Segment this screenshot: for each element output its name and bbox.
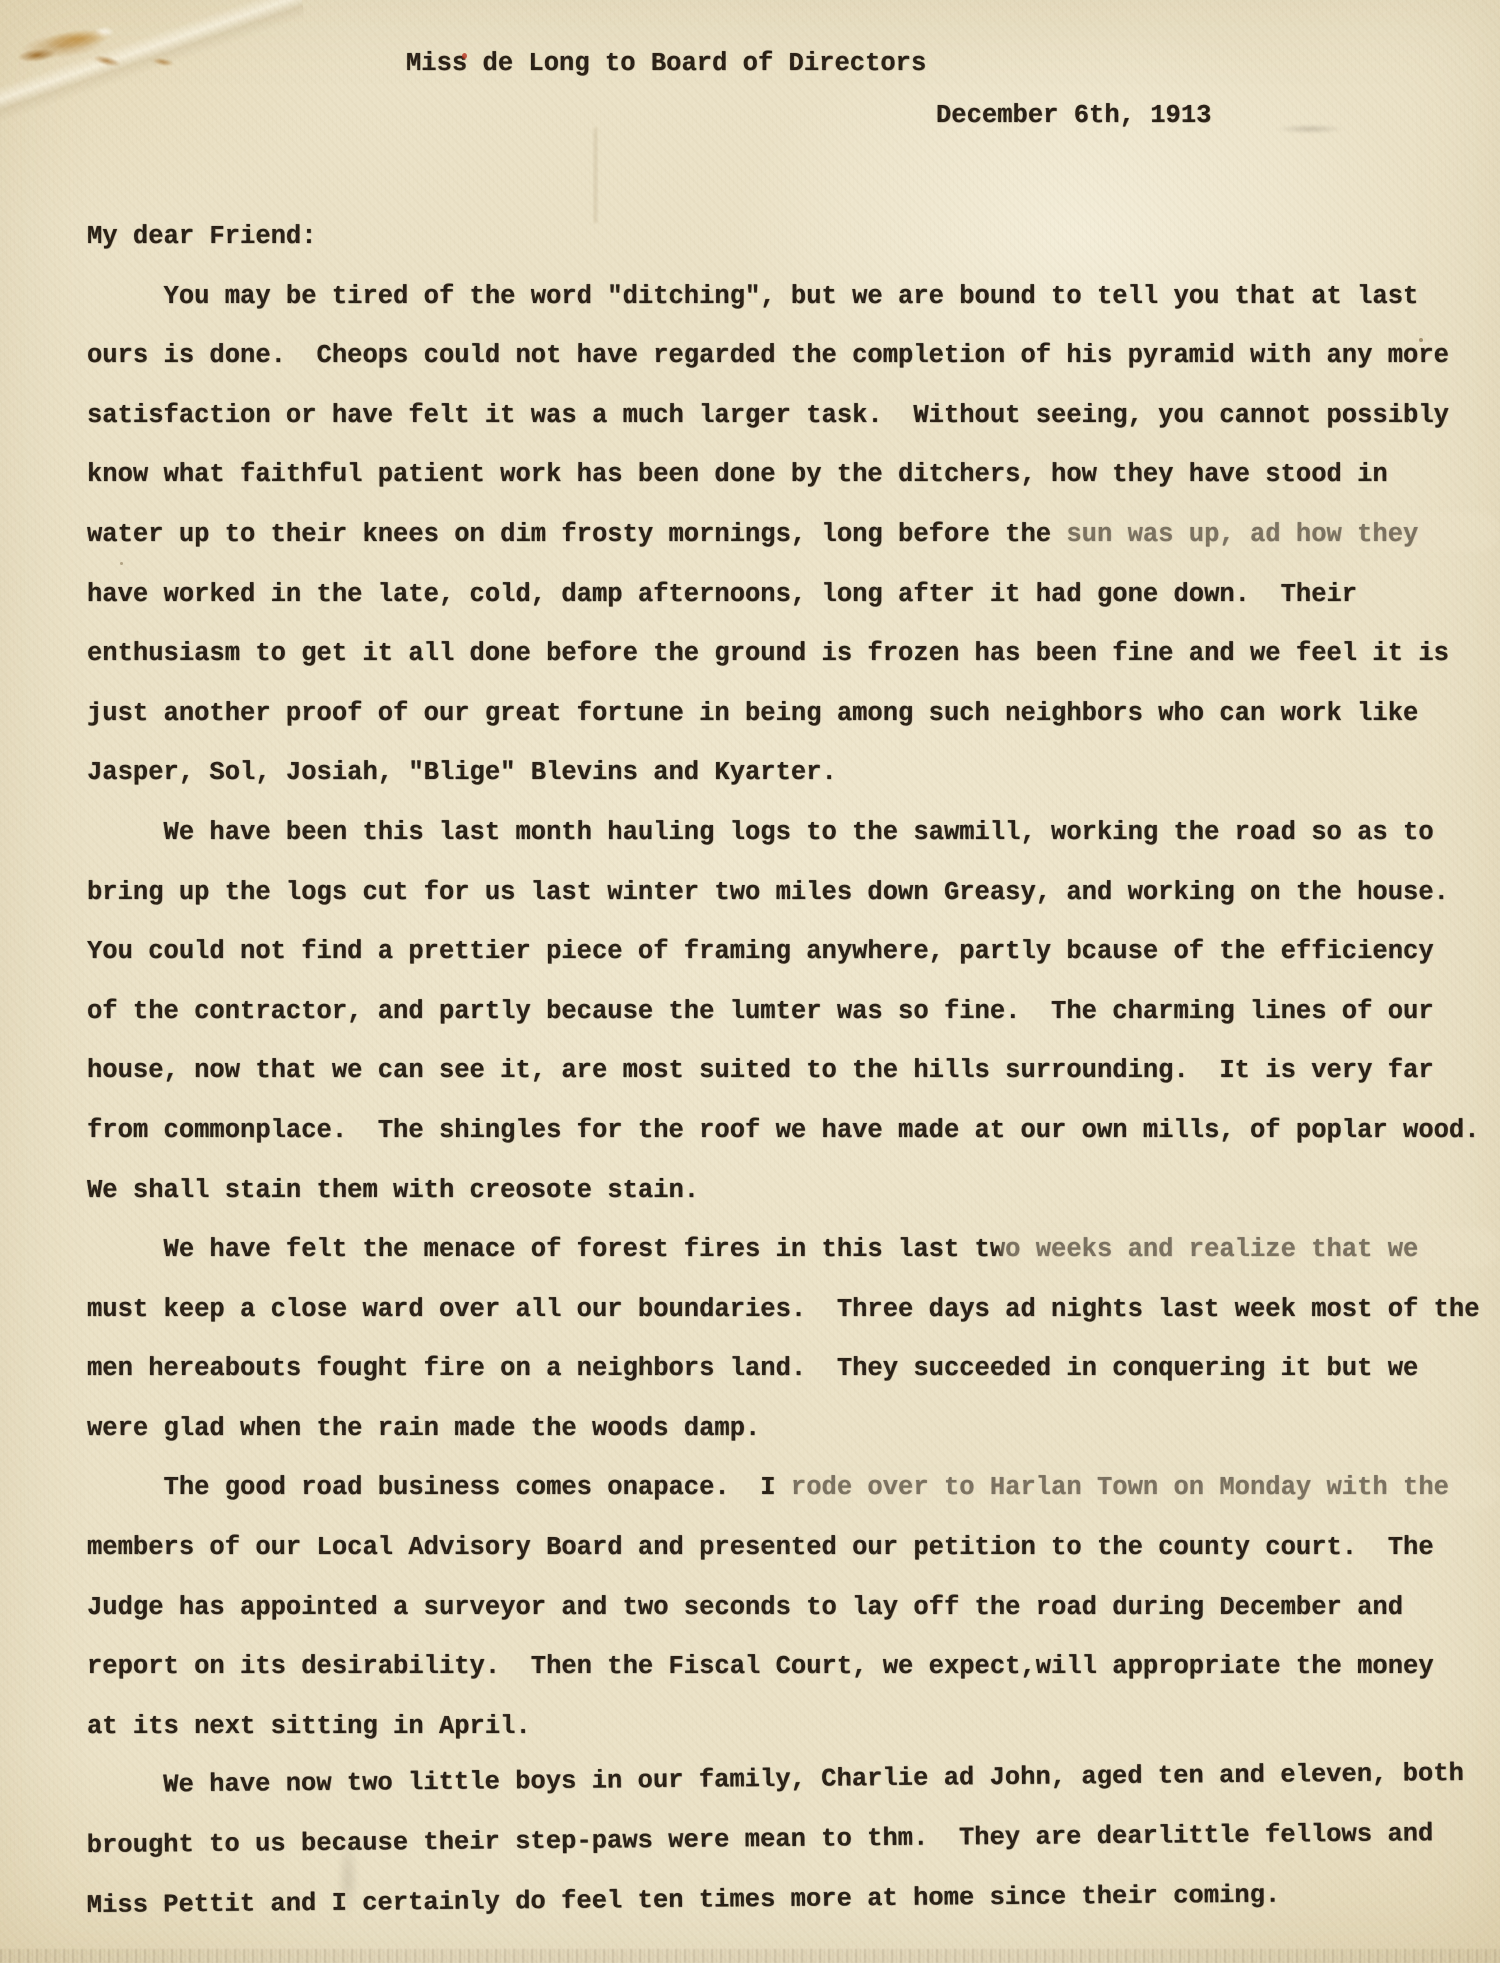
letter-line: enthusiasm to get it all done before the… [87, 624, 1495, 684]
letter-line: report on its desirability. Then the Fis… [87, 1637, 1495, 1697]
letter-line: know what faithful patient work has been… [87, 445, 1495, 505]
letter-line: Jasper, Sol, Josiah, "Blige" Blevins and… [87, 743, 1495, 803]
letter-line: We shall stain them with creosote stain. [87, 1161, 1495, 1221]
pencil-smudge [1262, 120, 1358, 138]
letter-line: bring up the logs cut for us last winter… [87, 863, 1495, 923]
letter-line: of the contractor, and partly because th… [87, 982, 1495, 1042]
letter-date: December 6th, 1913 [936, 101, 1211, 130]
letter-line: water up to their knees on dim frosty mo… [87, 505, 1495, 565]
letter-line: The good road business comes onapace. I … [87, 1458, 1495, 1518]
letter-body: My dear Friend: You may be tired of the … [87, 207, 1495, 1935]
letter-heading: Miss de Long to Board of Directors [406, 49, 926, 78]
letter-line: house, now that we can see it, are most … [87, 1041, 1495, 1101]
tape-stain-small-1 [82, 45, 132, 77]
letter-line: members of our Local Advisory Board and … [87, 1518, 1495, 1578]
letter-line: were glad when the rain made the woods d… [87, 1399, 1495, 1459]
letter-page: Miss de Long to Board of Directors Decem… [0, 0, 1500, 1963]
letter-line: We have felt the menace of forest fires … [87, 1220, 1495, 1280]
letter-line: from commonplace. The shingles for the r… [87, 1101, 1495, 1161]
letter-line: have worked in the late, cold, damp afte… [87, 565, 1495, 625]
letter-line: Miss Pettit and I certainly do feel ten … [86, 1863, 1494, 1935]
tape-stain-small-2 [143, 49, 184, 75]
letter-line: must keep a close ward over all our boun… [87, 1280, 1495, 1340]
letter-line: just another proof of our great fortune … [87, 684, 1495, 744]
letter-line: ours is done. Cheops could not have rega… [87, 326, 1495, 386]
scan-edge-artifact [0, 1949, 1500, 1963]
paper-crease [0, 0, 313, 123]
salutation: My dear Friend: [87, 207, 1495, 267]
letter-line: Judge has appointed a surveyor and two s… [87, 1578, 1495, 1638]
letter-line: We have been this last month hauling log… [87, 803, 1495, 863]
letter-line: men hereabouts fought fire on a neighbor… [87, 1339, 1495, 1399]
letter-line: satisfaction or have felt it was a much … [87, 386, 1495, 446]
letter-line: You could not find a prettier piece of f… [87, 922, 1495, 982]
letter-line: You may be tired of the word "ditching",… [87, 267, 1495, 327]
tape-stain [6, 18, 130, 74]
